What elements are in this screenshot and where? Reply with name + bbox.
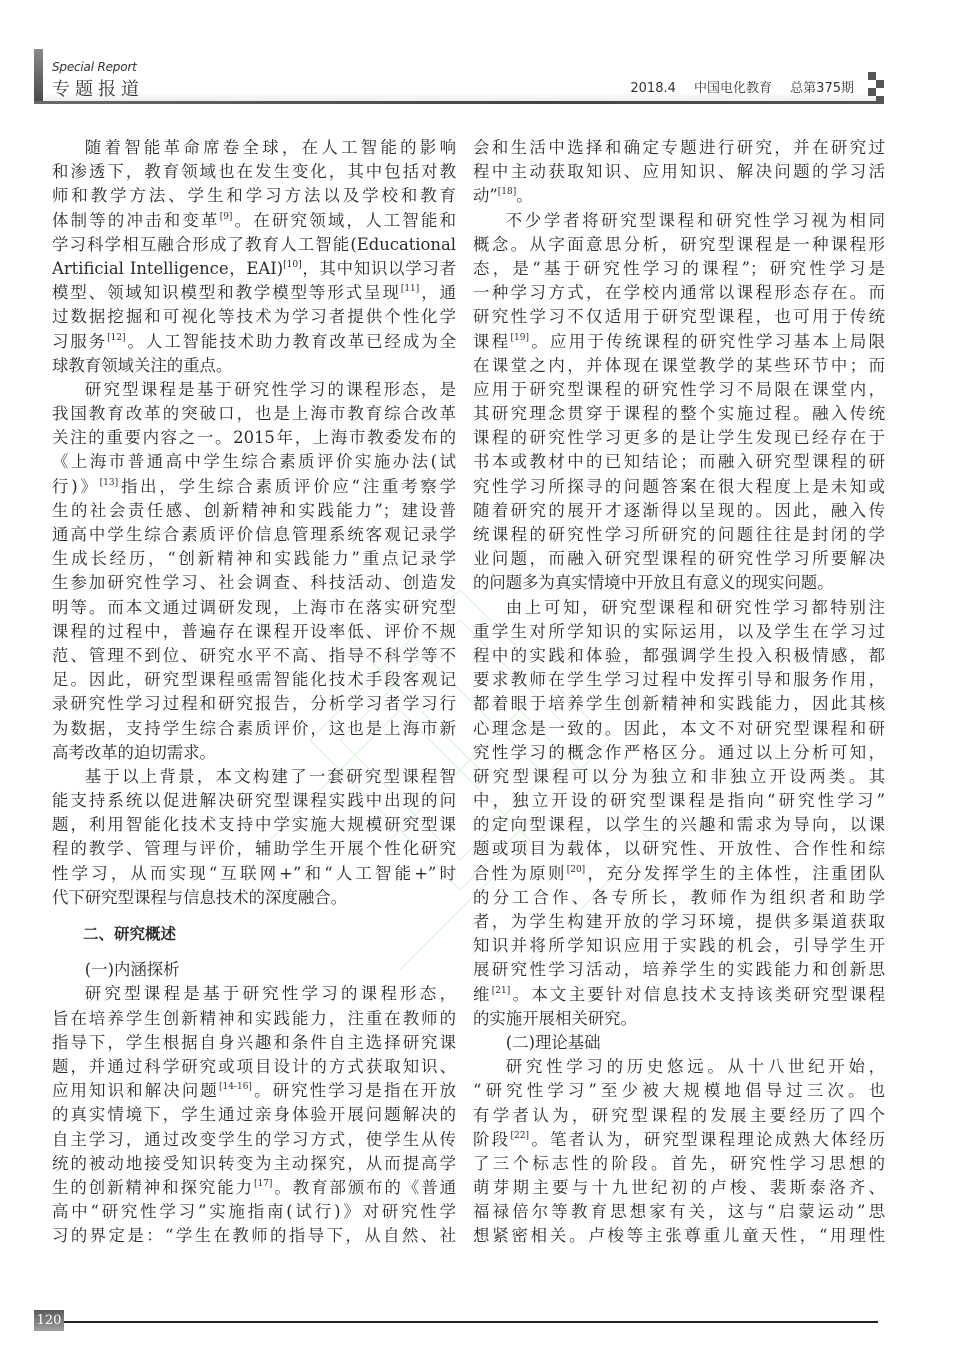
line-text: 想紧密相关。卢梭等主张尊重儿童天性，“用理性	[473, 1226, 885, 1245]
line-text-cont: 。研究性学习是指在开放	[252, 1081, 456, 1100]
line-text: 球教育领域关注的重点。	[52, 356, 232, 375]
text-line: 的定向型课程，以学生的兴趣和需求为导向，以课	[473, 813, 885, 837]
citation-ref: [19]	[510, 333, 528, 343]
line-text: 其研究理念贯穿于课程的整个实施过程。融入传统	[473, 404, 885, 423]
text-line: 范、管理不到位、研究水平不高、指导不科学等不	[52, 644, 456, 668]
line-text: 萌芽期主要与十九世纪初的卢梭、裴斯泰洛齐、	[473, 1178, 885, 1197]
line-text: 会和生活中选择和确定专题进行研究，并在研究过	[473, 138, 885, 157]
line-text: 随着智能革命席卷全球，在人工智能的影响	[85, 138, 456, 157]
line-text-cont: ，通	[419, 283, 456, 302]
line-text: 应用知识和解决问题	[52, 1081, 219, 1100]
text-line: 阶段[22]。笔者认为，研究型课程理论成熟大体经历	[473, 1128, 885, 1152]
page-number: 120	[34, 1310, 64, 1331]
text-line: 生的创新精神和探究能力[17]。教育部颁布的《普通	[52, 1176, 456, 1200]
citation-ref: [21]	[492, 986, 510, 996]
line-text: 题，利用智能化技术支持中学实施大规模研究型课	[52, 815, 456, 834]
line-text: 要求教师在学生学习过程中发挥引导和服务作用，	[473, 670, 885, 689]
footer-rule	[64, 1321, 878, 1323]
text-line: 程中的实践和体验，都强调学生投入积极情感，都	[473, 644, 885, 668]
journal-info: 2018.4 中国电化教育 总第375期	[630, 77, 854, 96]
text-line: 明等。而本文通过调研发现，上海市在落实研究型	[52, 596, 456, 620]
citation-ref: [11]	[401, 284, 419, 294]
text-line: 我国教育改革的突破口，也是上海市教育综合改革	[52, 402, 456, 426]
line-text: 《上海市普通高中学生综合素质评价实施办法(试	[52, 452, 456, 471]
text-line: 统课程的研究性学习所研究的问题往往是封闭的学	[473, 523, 885, 547]
text-line: 的真实情境下，学生通过亲身体验开展问题解决的	[52, 1103, 456, 1127]
text-line: 者，为学生构建开放的学习环境，提供多渠道获取	[473, 910, 885, 934]
citation-ref: [12]	[107, 333, 125, 343]
text-line: 学习科学相互融合形成了教育人工智能(Educational	[52, 233, 456, 257]
line-text: 自主学习，通过改变学生的学习方式，使学生从传	[52, 1130, 456, 1149]
header-left-bar	[34, 49, 43, 101]
text-line: 生参加研究性学习、社会调查、科技活动、创造发	[52, 571, 456, 595]
line-text: 了三个标志性的阶段。首先，研究性学习思想的	[473, 1154, 885, 1173]
text-line: 习服务[12]。人工智能技术助力教育改革已经成为全	[52, 330, 456, 354]
line-text: 研究性学习不仅适用于研究型课程，也可用于传统	[473, 307, 885, 326]
line-text-cont: 指出，学生综合素质评价应“注重考察学	[118, 477, 456, 496]
line-text: 模型、领域知识模型和教学模型等形式呈现	[52, 283, 401, 302]
text-line: 旨在培养学生创新精神和实践能力，注重在教师的	[52, 1007, 456, 1031]
line-text: 阶段	[473, 1130, 510, 1149]
line-text-cont: ，充分发挥学生的主体性，注重团队	[585, 864, 885, 883]
line-text: 由上可知，研究型课程和研究性学习都特别注	[506, 598, 885, 617]
text-line: 和渗透下，教育领域也在发生变化，其中包括对教	[52, 160, 456, 184]
running-header: Special Report 专题报道 2018.4 中国电化教育 总第375期	[0, 0, 967, 110]
line-text: 高考改革的迫切需求。	[52, 743, 216, 762]
text-line: 会和生活中选择和确定专题进行研究，并在研究过	[473, 136, 885, 160]
line-text: 高中“研究性学习”实施指南(试行)》对研究性学	[52, 1202, 456, 1221]
text-line: 题或项目为载体，以研究性、开放性、合作性和综	[473, 837, 885, 861]
line-text: 业问题，而融入研究型课程的研究性学习所要解决	[473, 549, 885, 568]
text-line: 动”[18]。	[473, 184, 885, 208]
line-text: 题或项目为载体，以研究性、开放性、合作性和综	[473, 839, 885, 858]
text-line: 态，是“基于研究性学习的课程”；研究性学习是	[473, 257, 885, 281]
text-line: 模型、领域知识模型和教学模型等形式呈现[11]，通	[52, 281, 456, 305]
line-text: 统课程的研究性学习所研究的问题往往是封闭的学	[473, 525, 885, 544]
text-line: 业问题，而融入研究型课程的研究性学习所要解决	[473, 547, 885, 571]
text-line: 性学习，从而实现“互联网+”和“人工智能+”时	[52, 862, 456, 886]
section-label-en: Special Report	[52, 60, 137, 74]
text-line: 心理念是一致的。因此，本文不对研究型课程和研	[473, 717, 885, 741]
line-text: 研究性学习的历史悠远。从十八世纪开始，	[506, 1057, 885, 1076]
text-line: 高考改革的迫切需求。	[52, 741, 456, 765]
text-line: 有学者认为，研究型课程的发展主要经历了四个	[473, 1104, 885, 1128]
line-text: 指导下，学生根据自身兴趣和条件自主选择研究课	[52, 1033, 456, 1052]
text-line: 代下研究型课程与信息技术的深度融合。	[52, 886, 456, 910]
line-text: 师和教学方法、学生和学习方法以及学校和教育	[52, 186, 456, 205]
citation-ref: [10]	[283, 260, 301, 270]
text-line: 录研究性学习过程和研究报告，分析学习者学习行	[52, 692, 456, 716]
text-line: 想紧密相关。卢梭等主张尊重儿童天性，“用理性	[473, 1224, 885, 1248]
line-text: 生的社会责任感、创新精神和实践能力”；建设普	[52, 501, 456, 520]
text-line: 应用知识和解决问题[14-16]。研究性学习是指在开放	[52, 1079, 456, 1103]
line-text: 代下研究型课程与信息技术的深度融合。	[52, 888, 347, 907]
text-line: 的实施开展相关研究。	[473, 1007, 885, 1031]
line-text: (二)理论基础	[506, 1033, 601, 1052]
line-text: 究性学习的概念作严格区分。通过以上分析可知，	[473, 743, 885, 762]
text-line: 随着研究的展开才逐渐得以呈现的。因此，融入传	[473, 499, 885, 523]
text-line: 为数据，支持学生综合素质评价，这也是上海市新	[52, 717, 456, 741]
line-text: 习服务	[52, 332, 107, 351]
line-text: 中，独立开设的研究型课程是指向“研究性学习”	[473, 791, 885, 810]
text-line: 中，独立开设的研究型课程是指向“研究性学习”	[473, 789, 885, 813]
line-text-cont: ，其中知识以学习者	[302, 259, 456, 278]
line-text: 展研究性学习活动，培养学生的实践能力和创新思	[473, 960, 885, 979]
line-text: 题，并通过科学研究或项目设计的方式获取知识、	[52, 1057, 456, 1076]
text-line: 要求教师在学生学习过程中发挥引导和服务作用，	[473, 668, 885, 692]
line-text: 旨在培养学生创新精神和实践能力，注重在教师的	[52, 1009, 456, 1028]
line-text: 体制等的冲击和变革	[52, 211, 220, 230]
left-text-column: 随着智能革命席卷全球，在人工智能的影响和渗透下，教育领域也在发生变化，其中包括对…	[52, 136, 456, 1248]
line-text-cont: 。	[516, 186, 532, 205]
text-line: 随着智能革命席卷全球，在人工智能的影响	[52, 136, 456, 160]
line-text: 的实施开展相关研究。	[473, 1009, 637, 1028]
line-text: 都着眼于培养学生创新精神和实践能力，因此其核	[473, 694, 885, 713]
line-text: 重学生对所学知识的实际运用，以及学生在学习过	[473, 622, 885, 641]
issue-date: 2018.4	[630, 81, 676, 96]
line-text: 者，为学生构建开放的学习环境，提供多渠道获取	[473, 912, 885, 931]
line-text: (一)内涵探析	[85, 960, 180, 979]
line-text: 和渗透下，教育领域也在发生变化，其中包括对教	[52, 162, 456, 181]
line-text: 知识并将所学知识应用于实践的机会，引导学生开	[473, 936, 885, 955]
text-line: 过数据挖掘和可视化等技术为学习者提供个性化学	[52, 305, 456, 329]
text-line: 应用于研究型课程的研究性学习不局限在课堂内，	[473, 378, 885, 402]
subsection-heading: (二)理论基础	[473, 1031, 885, 1055]
text-line: 研究型课程是基于研究性学习的课程形态，	[52, 982, 456, 1006]
text-line: 课程的研究性学习更多的是让学生发现已经存在于	[473, 426, 885, 450]
text-line: 由上可知，研究型课程和研究性学习都特别注	[473, 596, 885, 620]
line-text: 应用于研究型课程的研究性学习不局限在课堂内，	[473, 380, 885, 399]
citation-ref: [17]	[254, 1179, 272, 1189]
line-text: 关注的重要内容之一。2015年，上海市教委发布的	[52, 428, 456, 447]
line-text: 福禄倍尔等教育思想家有关，这与“启蒙运动”思	[473, 1202, 885, 1221]
line-text: 课程的研究性学习更多的是让学生发现已经存在于	[473, 428, 885, 447]
line-text: 心理念是一致的。因此，本文不对研究型课程和研	[473, 719, 885, 738]
text-line: 研究型课程可以分为独立和非独立开设两类。其	[473, 765, 885, 789]
text-line: 展研究性学习活动，培养学生的实践能力和创新思	[473, 958, 885, 982]
line-text: 动”	[473, 186, 498, 205]
text-line: 知识并将所学知识应用于实践的机会，引导学生开	[473, 934, 885, 958]
text-line: 福禄倍尔等教育思想家有关，这与“启蒙运动”思	[473, 1200, 885, 1224]
text-line: 重学生对所学知识的实际运用，以及学生在学习过	[473, 620, 885, 644]
text-line: 程中主动获取知识、应用知识、解决问题的学习活	[473, 160, 885, 184]
line-text: 二、研究概述	[83, 925, 176, 943]
line-text: 随着研究的展开才逐渐得以呈现的。因此，融入传	[473, 501, 885, 520]
line-text-cont: 。应用于传统课程的研究性学习基本上局限	[529, 332, 885, 351]
line-text: 态，是“基于研究性学习的课程”；研究性学习是	[473, 259, 885, 278]
line-text: 究性学习所探寻的问题答案在很大程度上是未知或	[473, 477, 885, 496]
text-line: 维[21]。本文主要针对信息技术支持该类研究型课程	[473, 983, 885, 1007]
line-text: 过数据挖掘和可视化等技术为学习者提供个性化学	[52, 307, 456, 326]
text-line: 课程的过程中，普遍存在课程开设率低、评价不规	[52, 620, 456, 644]
text-line: 合性为原则[20]，充分发挥学生的主体性，注重团队	[473, 862, 885, 886]
line-text: 有学者认为，研究型课程的发展主要经历了四个	[473, 1106, 885, 1125]
text-line: 题，并通过科学研究或项目设计的方式获取知识、	[52, 1055, 456, 1079]
issue-number: 总第375期	[790, 81, 854, 96]
journal-name: 中国电化教育	[694, 81, 772, 96]
text-line: 师和教学方法、学生和学习方法以及学校和教育	[52, 184, 456, 208]
line-text: 的问题多为真实情境中开放且有意义的现实问题。	[473, 573, 834, 592]
text-line: Artificial Intelligence，EAI)[10]，其中知识以学习…	[52, 257, 456, 281]
line-text: 程中主动获取知识、应用知识、解决问题的学习活	[473, 162, 885, 181]
text-line: 程的教学、管理与评价，辅助学生开展个性化研究	[52, 837, 456, 861]
line-text-cont: 。笔者认为，研究型课程理论成熟大体经历	[529, 1130, 885, 1149]
line-text: 程的教学、管理与评价，辅助学生开展个性化研究	[52, 839, 456, 858]
text-line: 体制等的冲击和变革[9]。在研究领域，人工智能和	[52, 209, 456, 233]
line-text: 习的界定是：“学生在教师的指导下，从自然、社	[52, 1226, 456, 1245]
line-text: 课程的过程中，普遍存在课程开设率低、评价不规	[52, 622, 456, 641]
line-text: 的分工合作、各专所长，教师作为组织者和助学	[473, 888, 885, 907]
line-text: 行)》	[52, 477, 100, 496]
line-text: 我国教育改革的突破口，也是上海市教育综合改革	[52, 404, 456, 423]
text-line: 研究性学习的历史悠远。从十八世纪开始，	[473, 1055, 885, 1079]
text-line: 都着眼于培养学生创新精神和实践能力，因此其核	[473, 692, 885, 716]
text-line: 究性学习所探寻的问题答案在很大程度上是未知或	[473, 475, 885, 499]
text-line: 萌芽期主要与十九世纪初的卢梭、裴斯泰洛齐、	[473, 1176, 885, 1200]
citation-ref: [22]	[510, 1131, 528, 1141]
text-line: 球教育领域关注的重点。	[52, 354, 456, 378]
line-text: 不少学者将研究型课程和研究性学习视为相同	[506, 211, 885, 230]
right-text-column: 会和生活中选择和确定专题进行研究，并在研究过程中主动获取知识、应用知识、解决问题…	[473, 136, 885, 1249]
text-line: 的问题多为真实情境中开放且有意义的现实问题。	[473, 571, 885, 595]
line-text: 一种学习方式，在学校内通常以课程形态存在。而	[473, 283, 885, 302]
header-rule	[34, 101, 877, 104]
line-text: 生成长经历，“创新精神和实践能力”重点记录学	[52, 549, 456, 568]
text-line: 习的界定是：“学生在教师的指导下，从自然、社	[52, 1224, 456, 1248]
line-text: 维	[473, 985, 492, 1004]
line-text-cont: 。教育部颁布的《普通	[272, 1178, 456, 1197]
line-text: 课程	[473, 332, 510, 351]
section-label-cn: 专题报道	[52, 75, 144, 101]
citation-ref: [18]	[498, 187, 516, 197]
text-line: 一种学习方式，在学校内通常以课程形态存在。而	[473, 281, 885, 305]
line-text: 统的被动地接受知识转变为主动探究，从而提高学	[52, 1154, 456, 1173]
line-text: 研究型课程是基于研究性学习的课程形态，是	[85, 380, 456, 399]
line-text: 的真实情境下，学生通过亲身体验开展问题解决的	[52, 1105, 456, 1124]
line-text: 研究型课程可以分为独立和非独立开设两类。其	[473, 767, 885, 786]
line-text: 程中的实践和体验，都强调学生投入积极情感，都	[473, 646, 885, 665]
text-line: 行)》[13]指出，学生综合素质评价应“注重考察学	[52, 475, 456, 499]
line-text: 为数据，支持学生综合素质评价，这也是上海市新	[52, 719, 456, 738]
line-text: 生参加研究性学习、社会调查、科技活动、创造发	[52, 573, 456, 592]
citation-ref: [14-16]	[219, 1082, 252, 1092]
citation-ref: [20]	[567, 865, 585, 875]
text-line: 研究性学习不仅适用于研究型课程，也可用于传统	[473, 305, 885, 329]
text-line: 在课堂之内，并体现在课堂教学的某些环节中；而	[473, 354, 885, 378]
line-text: 在课堂之内，并体现在课堂教学的某些环节中；而	[473, 356, 885, 375]
citation-ref: [9]	[220, 212, 233, 222]
text-line: 了三个标志性的阶段。首先，研究性学习思想的	[473, 1152, 885, 1176]
line-text: 合性为原则	[473, 864, 567, 883]
line-text-cont: 。人工智能技术助力教育改革已经成为全	[126, 332, 456, 351]
text-line: 足。因此，研究型课程亟需智能化技术手段客观记	[52, 668, 456, 692]
line-text-cont: 。在研究领域，人工智能和	[232, 211, 456, 230]
line-text: 生的创新精神和探究能力	[52, 1178, 254, 1197]
line-text: 能支持系统以促进解决研究型课程实践中出现的问	[52, 791, 456, 810]
text-line: 高中“研究性学习”实施指南(试行)》对研究性学	[52, 1200, 456, 1224]
line-text: 研究型课程是基于研究性学习的课程形态，	[85, 984, 456, 1003]
text-line: 的分工合作、各专所长，教师作为组织者和助学	[473, 886, 885, 910]
line-text: 通高中学生综合素质评价信息管理系统客观记录学	[52, 525, 456, 544]
citation-ref: [13]	[100, 478, 118, 488]
line-text: 明等。而本文通过调研发现，上海市在落实研究型	[52, 598, 456, 617]
text-line: 研究型课程是基于研究性学习的课程形态，是	[52, 378, 456, 402]
line-text: 性学习，从而实现“互联网+”和“人工智能+”时	[52, 864, 456, 883]
text-line: 关注的重要内容之一。2015年，上海市教委发布的	[52, 426, 456, 450]
line-text-cont: 。本文主要针对信息技术支持该类研究型课程	[510, 985, 885, 1004]
text-line: 统的被动地接受知识转变为主动探究，从而提高学	[52, 1152, 456, 1176]
text-line: 其研究理念贯穿于课程的整个实施过程。融入传统	[473, 402, 885, 426]
line-text: 概念。从字面意思分析，研究型课程是一种课程形	[473, 235, 885, 254]
line-text: Artificial Intelligence，EAI)	[52, 259, 283, 278]
text-line: 书本或教材中的已知结论；而融入研究型课程的研	[473, 450, 885, 474]
section-heading: 二、研究概述	[52, 922, 456, 946]
text-line: 题，利用智能化技术支持中学实施大规模研究型课	[52, 813, 456, 837]
text-line: 能支持系统以促进解决研究型课程实践中出现的问	[52, 789, 456, 813]
text-line: 生成长经历，“创新精神和实践能力”重点记录学	[52, 547, 456, 571]
line-text: 基于以上背景，本文构建了一套研究型课程智	[85, 767, 456, 786]
subsection-heading: (一)内涵探析	[52, 958, 456, 982]
text-line: 《上海市普通高中学生综合素质评价实施办法(试	[52, 450, 456, 474]
text-line: 课程[19]。应用于传统课程的研究性学习基本上局限	[473, 330, 885, 354]
text-line: 生的社会责任感、创新精神和实践能力”；建设普	[52, 499, 456, 523]
text-line: 指导下，学生根据自身兴趣和条件自主选择研究课	[52, 1031, 456, 1055]
line-text: 范、管理不到位、研究水平不高、指导不科学等不	[52, 646, 456, 665]
text-line: 概念。从字面意思分析，研究型课程是一种课程形	[473, 233, 885, 257]
text-line: 不少学者将研究型课程和研究性学习视为相同	[473, 209, 885, 233]
line-text: 书本或教材中的已知结论；而融入研究型课程的研	[473, 452, 885, 471]
line-text: 的定向型课程，以学生的兴趣和需求为导向，以课	[473, 815, 885, 834]
line-text: 足。因此，研究型课程亟需智能化技术手段客观记	[52, 670, 456, 689]
line-text: 学习科学相互融合形成了教育人工智能(Educational	[52, 235, 456, 254]
text-line: 自主学习，通过改变学生的学习方式，使学生从传	[52, 1128, 456, 1152]
text-line: 基于以上背景，本文构建了一套研究型课程智	[52, 765, 456, 789]
text-line: “研究性学习”至少被大规模地倡导过三次。也	[473, 1079, 885, 1103]
text-line: 通高中学生综合素质评价信息管理系统客观记录学	[52, 523, 456, 547]
line-text: “研究性学习”至少被大规模地倡导过三次。也	[473, 1081, 885, 1100]
text-line: 究性学习的概念作严格区分。通过以上分析可知，	[473, 741, 885, 765]
line-text: 录研究性学习过程和研究报告，分析学习者学习行	[52, 694, 456, 713]
